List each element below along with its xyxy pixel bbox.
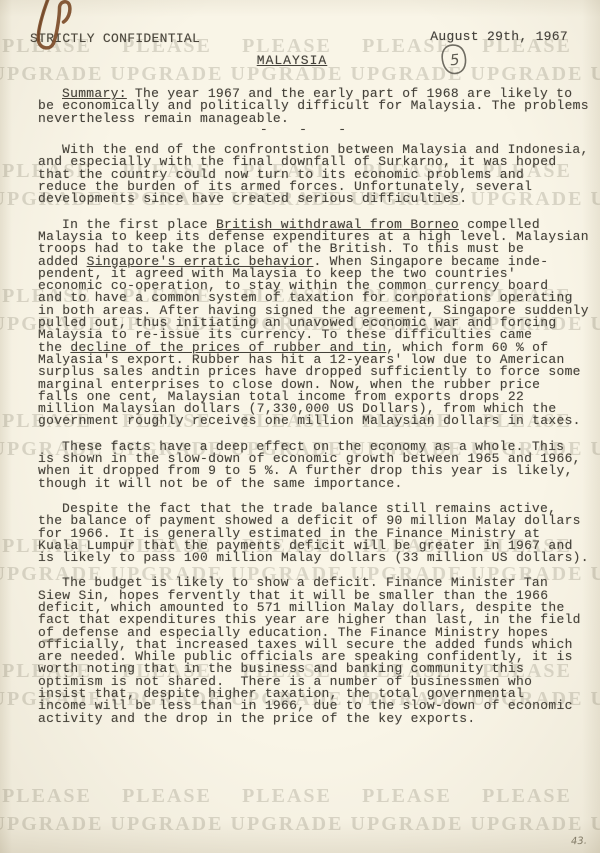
paragraph: With the end of the confrontstion betwee…: [38, 144, 594, 205]
page-number-annotation: 43.: [571, 836, 587, 848]
paragraph: These facts have a deep effect on the ec…: [38, 441, 594, 490]
paragraph: In the first place British withdrawal fr…: [38, 219, 594, 428]
page-title: MALAYSIA: [0, 53, 584, 68]
separator: - - -: [38, 124, 570, 136]
scanned-document-page: PLEASEUPGRADEPLEASEUPGRADEPLEASEUPGRADEP…: [0, 0, 600, 853]
paragraph: The budget is likely to show a deficit. …: [38, 577, 594, 725]
document-body: Summary: The year 1967 and the early par…: [38, 88, 594, 738]
watermark-text: PLEASEUPGRADE: [106, 786, 228, 834]
watermark-text: PLEASEUPGRADE: [0, 786, 108, 834]
paragraph: Summary: The year 1967 and the early par…: [38, 88, 594, 125]
watermark-text: PLEASEUPGRADE: [346, 786, 468, 834]
handwritten-circled-number: 5: [436, 40, 472, 79]
watermark-text: PLEASEUPGRADE: [226, 786, 348, 834]
circled-number-value: 5: [449, 50, 460, 69]
watermark-text: PLEASEUPGRADE: [586, 36, 600, 84]
watermark-text: PLEASEUPGRADE: [466, 786, 588, 834]
watermark-text: PLEASEUPGRADE: [586, 786, 600, 834]
paperclip-icon: [26, 0, 80, 58]
paragraph: Despite the fact that the trade balance …: [38, 503, 594, 564]
